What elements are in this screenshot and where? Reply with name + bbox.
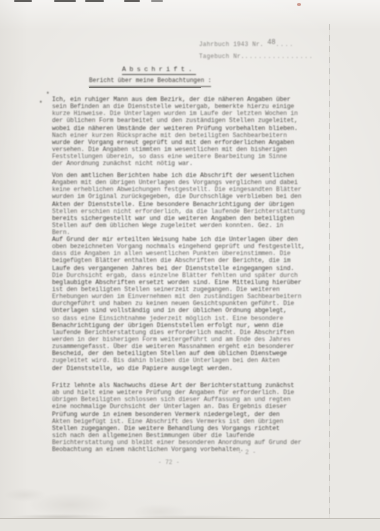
text-line: der üblichen Form bearbeitet und den zus… xyxy=(52,117,316,124)
text-line: keine erheblichen Abweichungen festgeste… xyxy=(52,186,316,193)
page-number-primary: - 72 - xyxy=(158,459,180,466)
text-line: Erhebungen wurden im Einvernehmen mit de… xyxy=(52,293,316,300)
text-line: Auf Grund der mir erteilten Weisung habe… xyxy=(52,236,316,243)
scan-edge-mark xyxy=(151,0,163,2)
document-header-block: Jahrbuch 1943 Nr. 48.... Tagebuch Nr....… xyxy=(199,41,314,65)
paragraph: Auf Grund der mir erteilten Weisung habe… xyxy=(52,236,316,372)
text-line: durchgeführt und haben zu keinen neuen G… xyxy=(52,300,316,307)
text-line: bereits sichergestellt war und die weite… xyxy=(52,215,316,222)
text-line: sein Befinden an die Dienststelle weiter… xyxy=(52,103,316,110)
text-line: Die Durchsicht ergab, dass einzelne Blät… xyxy=(52,272,316,279)
red-speck-artifact xyxy=(297,3,301,6)
text-line: Stellen auf dem üblichen Wege zugeleitet… xyxy=(52,222,316,229)
text-line: Fritz lehnte als Nachwuchs diese Art der… xyxy=(52,382,316,389)
text-line: versehen. Die Angaben stimmten im wesent… xyxy=(52,146,316,153)
text-line: eine nochmalige Durchsicht der Unterlage… xyxy=(52,403,316,410)
text-line: beigefügten Blätter enthalten die Abschr… xyxy=(52,257,316,264)
text-line: Nach einer kurzen Rücksprache mit den be… xyxy=(52,132,316,139)
text-line: der Dienststelle, wo die Papiere ausgele… xyxy=(52,365,316,372)
text-line: Berichterstattung und bleibt einer beson… xyxy=(52,439,316,446)
text-line: Von den amtlichen Berichten habe ich die… xyxy=(52,172,316,179)
page-number-secondary: - 2 - xyxy=(238,449,256,456)
text-line: Bescheid, der den beteiligten Stellen au… xyxy=(52,350,316,357)
text-line: zugeleitet wird. Bis dahin bleiben die U… xyxy=(52,357,316,364)
margin-mark: * xyxy=(46,91,50,98)
text-line: Stellen erschien nicht erforderlich, da … xyxy=(52,208,316,215)
text-line: wurden im Original zurückgegeben, die Du… xyxy=(52,193,316,200)
text-line: ab und hielt eine weitere Prüfung der An… xyxy=(52,389,316,396)
text-line: Akten der Dienststelle. Eine besondere B… xyxy=(52,201,316,208)
page-title: Abschrift. xyxy=(122,66,196,75)
text-line: Benachrichtigung der übrigen Dienststell… xyxy=(52,322,316,329)
header-line-2-dots: ............... xyxy=(245,53,314,60)
header-line-1-dots: .... xyxy=(276,41,294,48)
header-line-1: Jahrbuch 1943 Nr. 48.... xyxy=(199,41,314,53)
text-line: werden in der bisherigen Form weitergefü… xyxy=(52,336,316,343)
text-line: übrigen Beteiligten schlossen sich diese… xyxy=(52,396,316,403)
header-line-1-label: Jahrbuch 1943 Nr. xyxy=(199,41,264,48)
paragraph: Von den amtlichen Berichten habe ich die… xyxy=(52,172,316,236)
text-line: laufende Berichterstattung dies erforder… xyxy=(52,329,316,336)
text-line: Angaben mit den übrigen Unterlagen des V… xyxy=(52,179,316,186)
text-line: Prüfung wurde in einem besonderen Vermer… xyxy=(52,411,316,418)
text-line: so dass eine Einsichtnahme jederzeit mög… xyxy=(52,315,316,322)
vertical-crease-artifact xyxy=(329,24,330,520)
text-line: der Anordnung zunächst nicht nötig war. xyxy=(52,160,316,167)
scan-edge-mark xyxy=(14,0,32,2)
document-subtitle: Bericht über meine Beobachtungen : xyxy=(89,77,211,87)
scan-bottom-edge xyxy=(0,518,380,531)
header-line-1-number: 48 xyxy=(267,39,275,47)
paragraph: Fritz lehnte als Nachwuchs diese Art der… xyxy=(52,382,316,453)
margin-mark: * xyxy=(39,100,43,107)
text-line: kurze Hinweise. Die Unterlagen wurden im… xyxy=(52,110,316,117)
text-line: Unterlagen sind vollständig und in der ü… xyxy=(52,307,316,314)
text-line: Laufe des vergangenen Jahres bei der Die… xyxy=(52,265,316,272)
text-line: Stellen zugegangen. Die weitere Behandlu… xyxy=(52,425,316,432)
header-line-2: Tagebuch Nr................ xyxy=(199,53,314,65)
scan-edge-mark xyxy=(124,0,140,2)
text-line: wurde der Vorgang erneut geprüft und mit… xyxy=(52,139,316,146)
text-line: Akten beigefügt ist. Eine Abschrift des … xyxy=(52,418,316,425)
text-line: Beobachtung an einem nächtlichen Vorgang… xyxy=(52,446,316,453)
text-line: ist den beteiligten Stellen seinerzeit z… xyxy=(52,286,316,293)
header-line-2-label: Tagebuch Nr. xyxy=(199,53,245,60)
scan-edge-mark xyxy=(54,0,76,2)
text-line: Ich, ein ruhiger Mann aus dem Bezirk, de… xyxy=(52,96,316,103)
text-line: wobei die näheren Umstände der weiteren … xyxy=(52,125,316,132)
text-line: oben bezeichneten Vorgang nochmals einge… xyxy=(52,243,316,250)
text-line: beglaubigte Abschriften ersetzt worden s… xyxy=(52,279,316,286)
scanned-document-page: Jahrbuch 1943 Nr. 48.... Tagebuch Nr....… xyxy=(0,0,380,531)
text-line: zusammengefasst. Über die weiteren Massn… xyxy=(52,343,316,350)
text-line: dass die Angaben in allen wesentlichen P… xyxy=(52,250,316,257)
paragraph: Ich, ein ruhiger Mann aus dem Bezirk, de… xyxy=(52,96,316,167)
subtitle-second-underline xyxy=(89,87,201,88)
text-line: Feststellungen überein, so dass eine wei… xyxy=(52,153,316,160)
scan-edge-mark xyxy=(85,0,104,2)
text-line: sich nach den allgemeinen Bestimmungen ü… xyxy=(52,432,316,439)
